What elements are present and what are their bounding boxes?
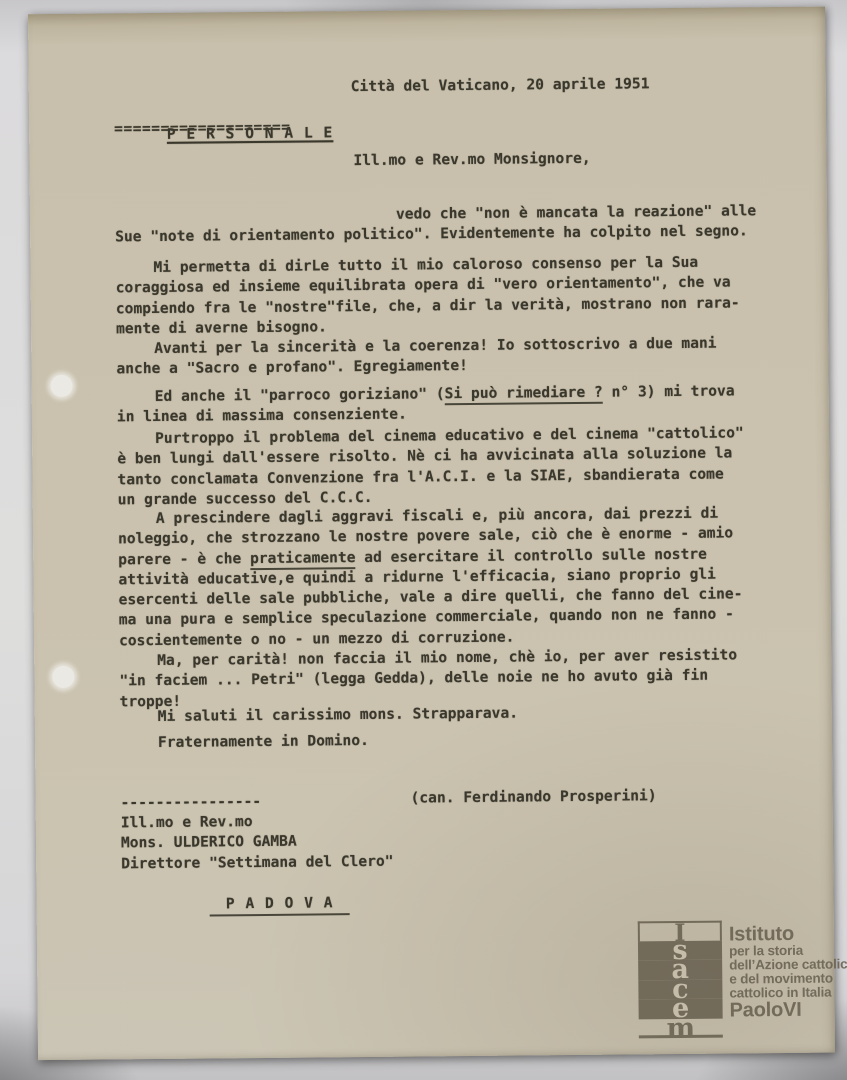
salutation: Ill.mo e Rev.mo Monsignore, [353, 149, 590, 172]
line-segment: parere - è che [118, 550, 250, 568]
monogram-letter-m: m [639, 1018, 723, 1038]
paragraph-5: Purtroppo il problema del cinema educati… [117, 423, 783, 511]
scanner-background: Città del Vaticano, 20 aprile 1951 P E R… [0, 0, 847, 1080]
line-segment: Ed anche il "parroco goriziano" ( [155, 385, 445, 405]
paragraph-6: A prescindere dagli aggravi fiscali e, p… [118, 503, 784, 651]
signature-dashes: ---------------- [120, 792, 261, 814]
dateline: Città del Vaticano, 20 aprile 1951 [351, 74, 650, 97]
underlined-phrase: Si può rimediare ? [445, 384, 603, 406]
letter-line: Sue "note di orientamento politico". Evi… [115, 221, 780, 248]
watermark: I s a c e m Istituto per la storia dell’… [28, 7, 825, 15]
closing-greeting: Mi saluti il carissimo mons. Strapparava… [158, 704, 518, 728]
isacem-monogram: I s a c e m [638, 921, 723, 1039]
line-segment: n° 3) mi trova [603, 382, 735, 400]
paragraph-3: Avanti per la sincerità e la coerenza! I… [116, 333, 781, 380]
paragraph-1: vedo che "non è mancata la reazione" all… [115, 201, 780, 248]
punch-hole-top [50, 375, 72, 397]
recipient-city: P A D O V A [210, 894, 350, 916]
line-segment: ad esercitare il controllo sulle nostre [355, 545, 707, 565]
paragraph-7: Ma, per carità! non faccia il mio nome, … [119, 645, 785, 712]
punch-hole-bottom [52, 666, 74, 688]
watermark-title: Istituto [729, 923, 847, 944]
underlined-phrase: praticamente [250, 549, 356, 570]
watermark-paolovi: PaoloVI [730, 999, 847, 1021]
recipient-block: Ill.mo e Rev.mo Mons. ULDERICO GAMBA Dir… [121, 807, 787, 936]
paragraph-2: Mi permetta di dirLe tutto il mio caloro… [115, 252, 781, 340]
paragraph-4: Ed anche il "parroco goriziano" (Si può … [117, 381, 782, 428]
closing-formula: Fraternamente in Domino. [158, 731, 369, 753]
letter-page: Città del Vaticano, 20 aprile 1951 P E R… [28, 7, 835, 1061]
signature-name: (can. Ferdinando Prosperini) [410, 786, 656, 809]
watermark-text: Istituto per la storia dell’Azione catto… [729, 923, 847, 1021]
subject-underline: =================== [114, 118, 291, 140]
